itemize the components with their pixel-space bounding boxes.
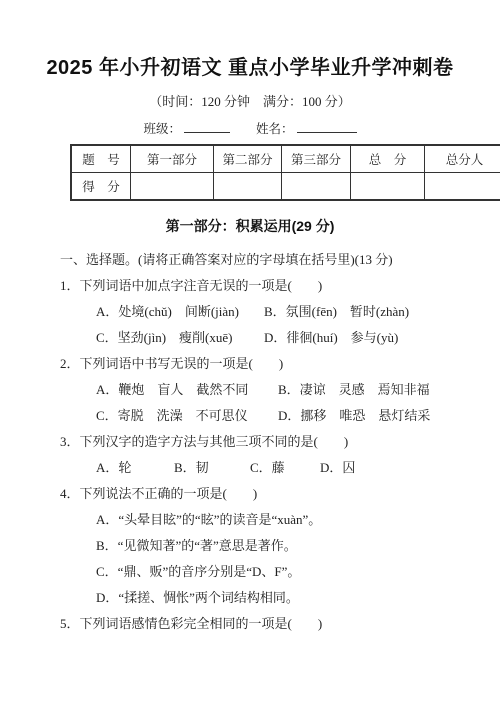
score-header-cell: 总 分 xyxy=(351,145,425,173)
option-4a: A．“头晕目眩”的“眩”的读音是“xuàn”。 xyxy=(96,507,500,533)
page-title: 2025 年小升初语文 重点小学毕业升学冲刺卷 xyxy=(0,0,500,82)
exam-meta: （时间：120 分钟 满分：100 分） xyxy=(0,94,500,110)
score-row-label: 得 分 xyxy=(71,173,131,201)
question-1-options-row2: C．坚劲(jìn) 瘦削(xuē) D．徘徊(huí) 参与(yù) xyxy=(96,325,500,351)
name-blank xyxy=(297,119,357,133)
question-2-options-row1: A．鞭炮 盲人 截然不同 B．凄谅 灵感 焉知非福 xyxy=(96,377,500,403)
question-4-stem: 4．下列说法不正确的一项是( ) xyxy=(60,481,500,507)
option-2b: B．凄谅 灵感 焉知非福 xyxy=(278,377,430,403)
question-3-options-row: A．轮 B．韧 C．藤 D．囚 xyxy=(96,455,500,481)
option-3c: C．藤 xyxy=(250,455,320,481)
option-1c: C．坚劲(jìn) 瘦削(xuē) xyxy=(96,325,264,351)
option-2d: D．挪移 唯恐 悬灯结采 xyxy=(278,403,430,429)
score-cell-empty xyxy=(282,173,351,201)
score-header-cell: 第二部分 xyxy=(214,145,282,173)
option-3d: D．囚 xyxy=(320,455,355,481)
score-cell-empty xyxy=(131,173,214,201)
option-3b: B．韧 xyxy=(174,455,250,481)
question-body: 一、选择题。(请将正确答案对应的字母填在括号里)(13 分) 1．下列词语中加点… xyxy=(0,247,500,637)
question-2-stem: 2．下列词语中书写无误的一项是( ) xyxy=(60,351,500,377)
question-5-stem: 5．下列词语感情色彩完全相同的一项是( ) xyxy=(60,611,500,637)
option-1d: D．徘徊(huí) 参与(yù) xyxy=(264,325,398,351)
question-3-stem: 3．下列汉字的造字方法与其他三项不同的是( ) xyxy=(60,429,500,455)
option-1a: A．处境(chǔ) 间断(jiàn) xyxy=(96,299,264,325)
option-4c: C．“鼎、贩”的音序分别是“D、F”。 xyxy=(96,559,500,585)
option-2c: C．寄脱 洗澡 不可思仪 xyxy=(96,403,278,429)
name-label: 姓名： xyxy=(256,122,294,136)
score-table-header-row: 题 号 第一部分 第二部分 第三部分 总 分 总分人 xyxy=(71,145,500,173)
score-cell-empty xyxy=(214,173,282,201)
score-header-cell: 总分人 xyxy=(425,145,500,173)
score-header-cell: 题 号 xyxy=(71,145,131,173)
score-cell-empty xyxy=(351,173,425,201)
class-blank xyxy=(184,119,230,133)
score-header-cell: 第一部分 xyxy=(131,145,214,173)
question-2-options-row2: C．寄脱 洗澡 不可思仪 D．挪移 唯恐 悬灯结采 xyxy=(96,403,500,429)
section-heading: 第一部分：积累运用(29 分) xyxy=(0,216,500,236)
exam-paper-page: 2025 年小升初语文 重点小学毕业升学冲刺卷 （时间：120 分钟 满分：10… xyxy=(0,0,500,707)
student-info-line: 班级：姓名： xyxy=(0,119,500,138)
option-3a: A．轮 xyxy=(96,455,174,481)
option-1b: B．氛围(fēn) 暂时(zhàn) xyxy=(264,299,409,325)
option-2a: A．鞭炮 盲人 截然不同 xyxy=(96,377,278,403)
class-label: 班级： xyxy=(143,122,181,136)
option-4d: D．“揉搓、惆怅”两个词结构相同。 xyxy=(96,585,500,611)
question-1-options-row1: A．处境(chǔ) 间断(jiàn) B．氛围(fēn) 暂时(zhàn) xyxy=(96,299,500,325)
score-cell-empty xyxy=(425,173,500,201)
option-4b: B．“见微知著”的“著”意思是著作。 xyxy=(96,533,500,559)
question-1-stem: 1．下列词语中加点字注音无误的一项是( ) xyxy=(60,273,500,299)
section-intro: 一、选择题。(请将正确答案对应的字母填在括号里)(13 分) xyxy=(60,247,500,273)
score-table-score-row: 得 分 xyxy=(71,173,500,201)
score-header-cell: 第三部分 xyxy=(282,145,351,173)
score-table: 题 号 第一部分 第二部分 第三部分 总 分 总分人 得 分 xyxy=(70,144,500,201)
